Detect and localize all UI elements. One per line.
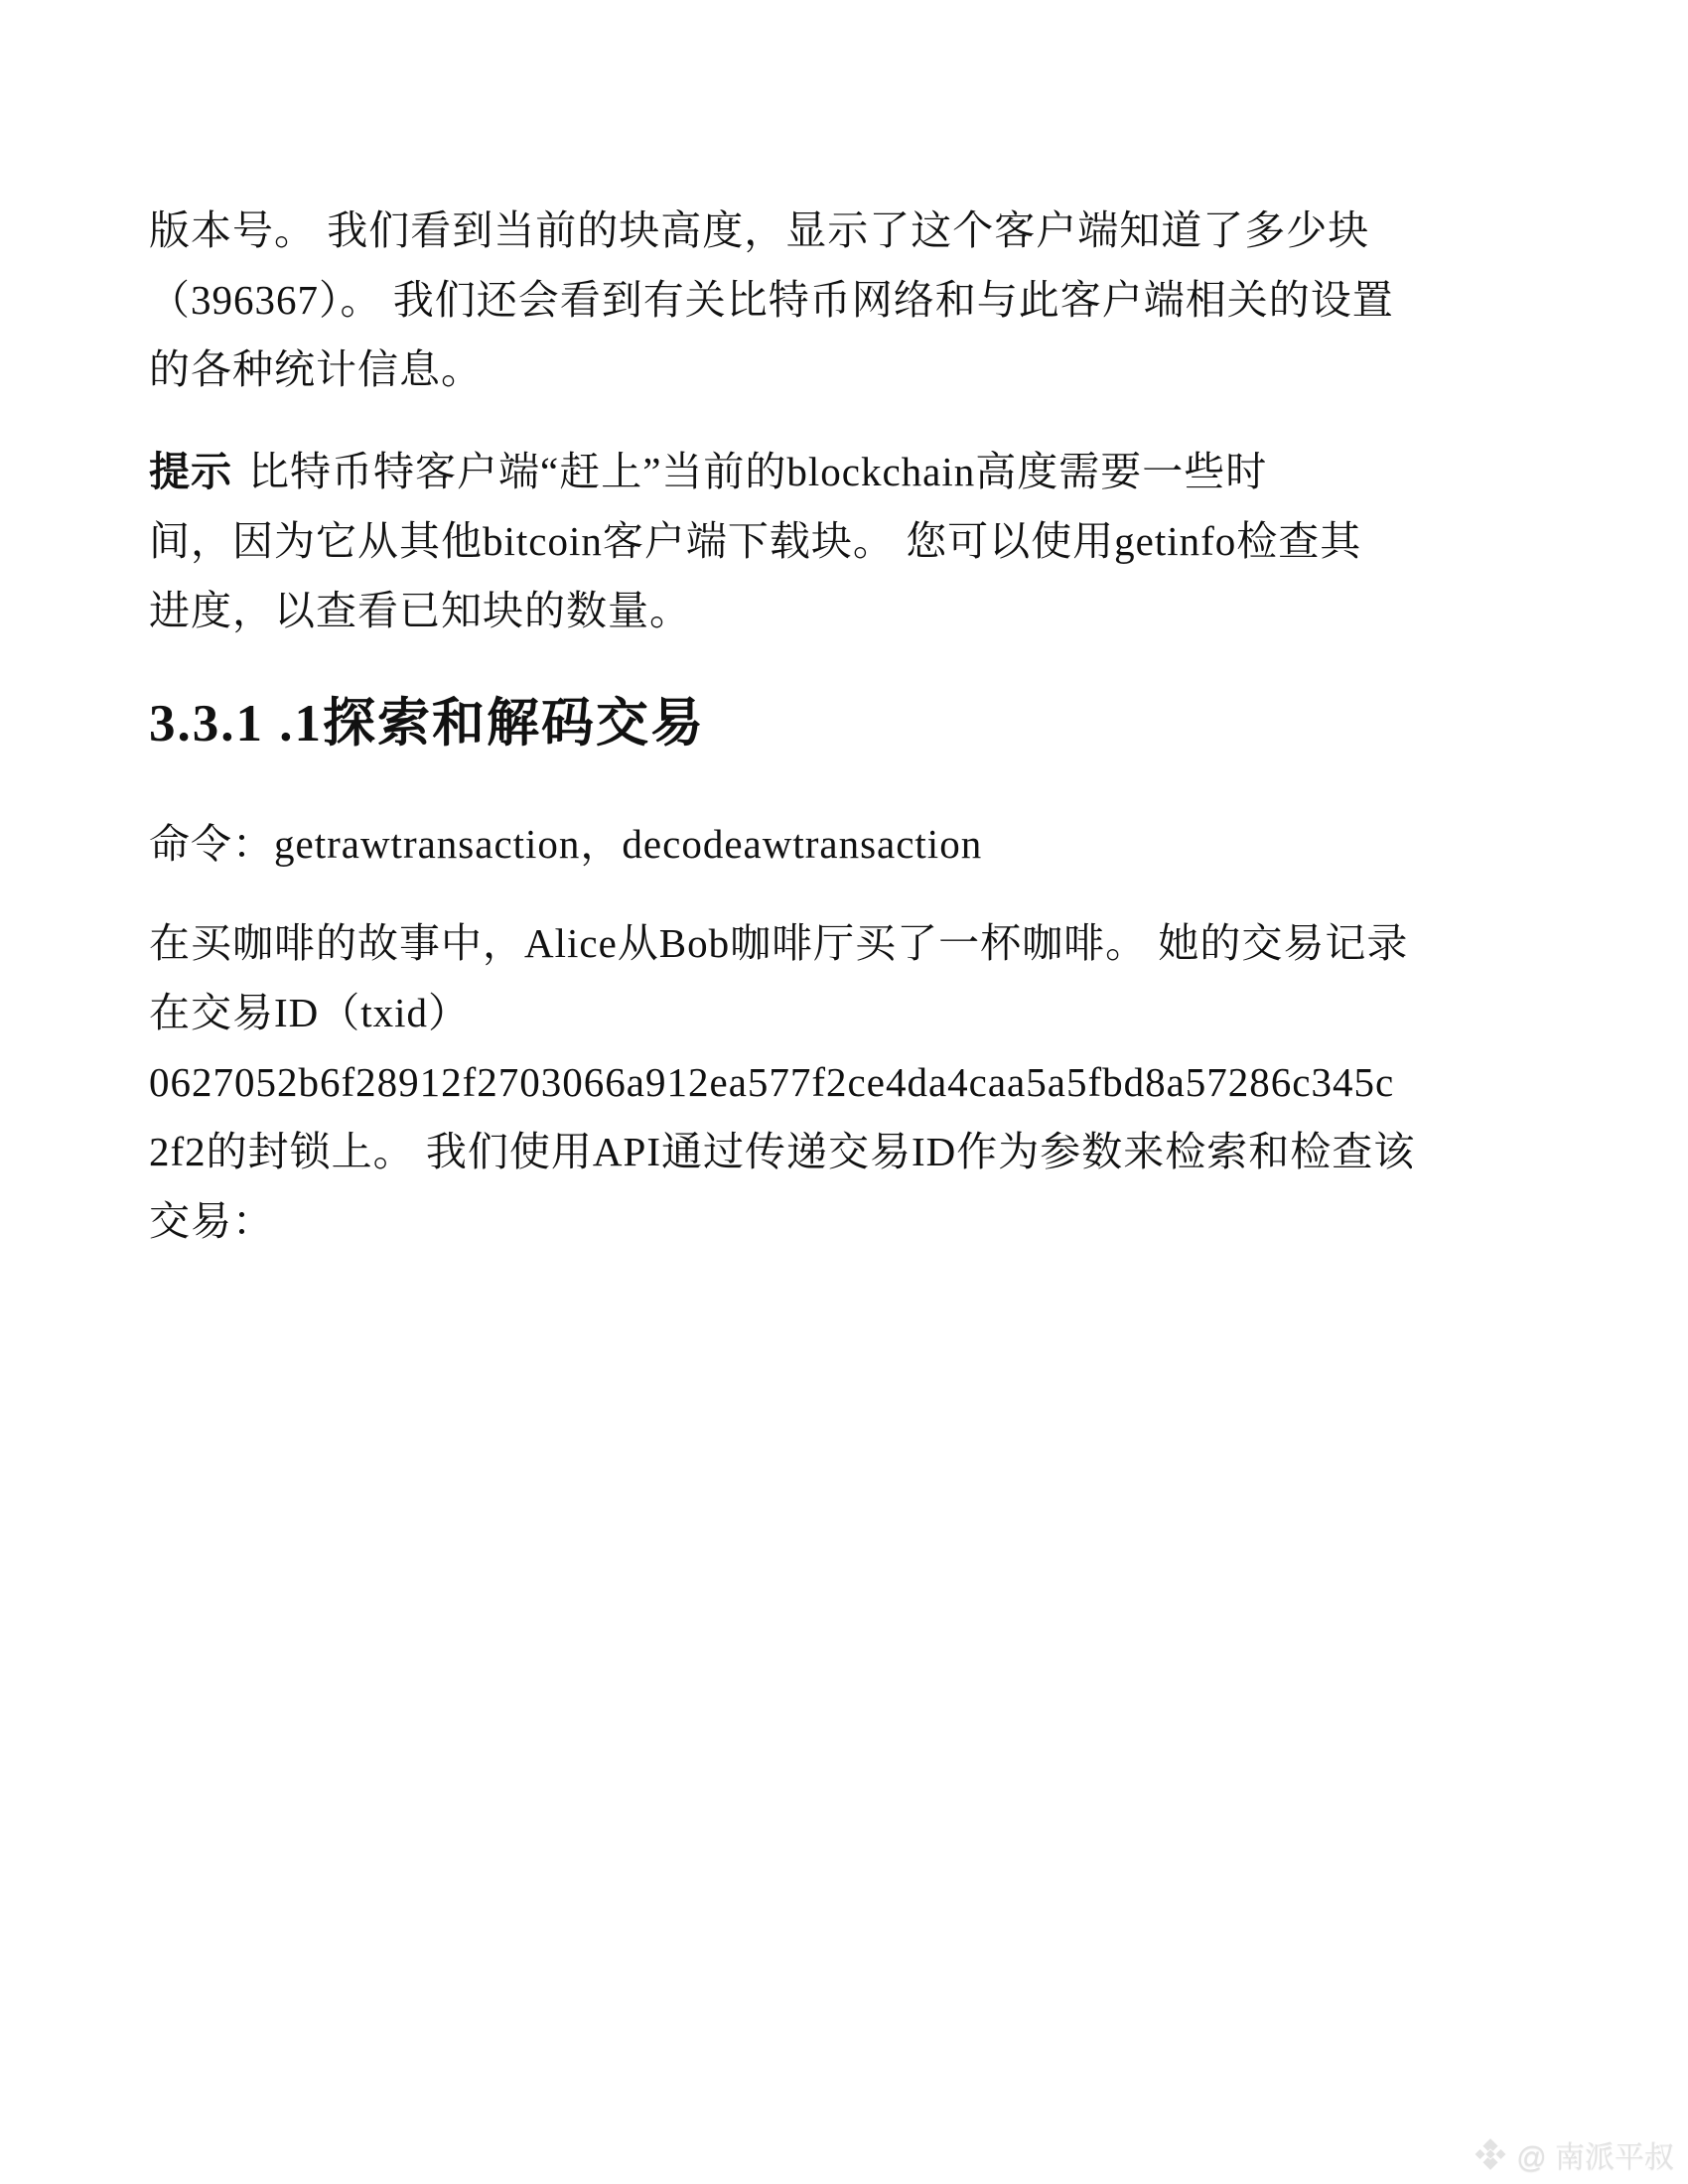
watermark: @ 南派平叔 (1473, 2132, 1674, 2176)
text-line: 的各种统计信息。 (149, 335, 1504, 404)
watermark-text: @ 南派平叔 (1516, 2132, 1674, 2176)
section-heading: 3.3.1 .1探索和解码交易 (149, 684, 1504, 763)
binance-diamond-icon (1473, 2136, 1508, 2172)
tip-line-text: 比特币特客户端“赶上”当前的blockchain高度需要一些时 (248, 449, 1267, 494)
document-page: 版本号。 我们看到当前的块高度，显示了这个客户端知道了多少块 （396367）。… (0, 0, 1688, 2184)
page-content: 版本号。 我们看到当前的块高度，显示了这个客户端知道了多少块 （396367）。… (149, 196, 1504, 1256)
text-line: 2f2的封锁上。 我们使用API通过传递交易ID作为参数来检索和检查该 (149, 1117, 1504, 1186)
text-line: 提示比特币特客户端“赶上”当前的blockchain高度需要一些时 (149, 437, 1504, 506)
txid-text: 0627052b6f28912f2703066a912ea577f2ce4da4… (149, 1047, 1504, 1117)
paragraph-block-height: 版本号。 我们看到当前的块高度，显示了这个客户端知道了多少块 （396367）。… (149, 196, 1504, 404)
text-line: （396367）。 我们还会看到有关比特币网络和与此客户端相关的设置 (149, 265, 1504, 335)
paragraph-transaction: 在买咖啡的故事中，Alice从Bob咖啡厅买了一杯咖啡。 她的交易记录 在交易I… (149, 908, 1504, 1256)
tip-label: 提示 (149, 449, 232, 494)
text-line: 版本号。 我们看到当前的块高度，显示了这个客户端知道了多少块 (149, 196, 1504, 265)
text-line: 在买咖啡的故事中，Alice从Bob咖啡厅买了一杯咖啡。 她的交易记录 (149, 908, 1504, 978)
text-line: 命令：getrawtransaction，decodeawtransaction (149, 809, 1504, 879)
text-line: 间，因为它从其他bitcoin客户端下载块。 您可以使用getinfo检查其 (149, 506, 1504, 576)
command-line: 命令：getrawtransaction，decodeawtransaction (149, 809, 1504, 879)
text-line: 交易： (149, 1186, 1504, 1256)
tip-paragraph: 提示比特币特客户端“赶上”当前的blockchain高度需要一些时 间，因为它从… (149, 437, 1504, 645)
text-line: 在交易ID（txid） (149, 978, 1504, 1047)
text-line: 进度，以查看已知块的数量。 (149, 576, 1504, 645)
